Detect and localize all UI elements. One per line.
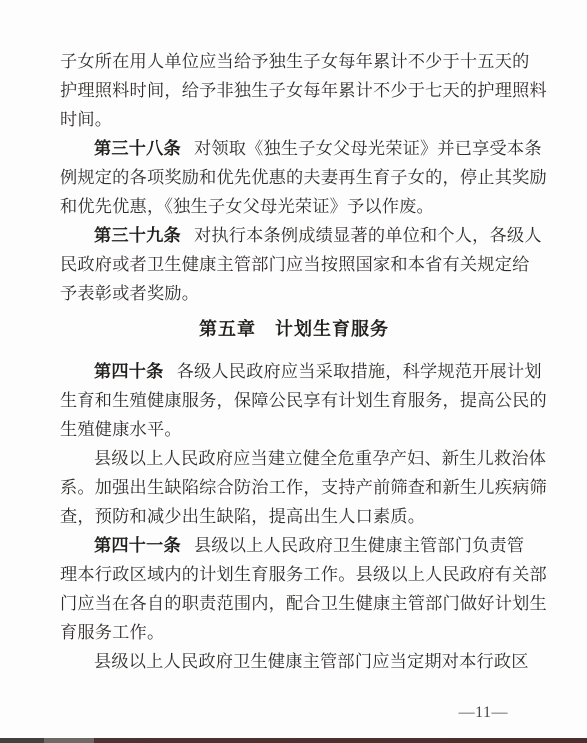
text-line: 系。加强出生缺陷综合防治工作，支持产前筛查和新生儿疾病筛 xyxy=(60,473,528,502)
text-line: 子女所在用人单位应当给予独生子女每年累计不少于十五天的 xyxy=(60,47,528,76)
article-number: 第三十八条 xyxy=(94,138,181,158)
text-line: 第三十九条对执行本条例成绩显著的单位和个人，各级人 xyxy=(60,221,528,250)
article-text: 对领取《独生子女父母光荣证》并已享受本条 xyxy=(194,139,542,158)
text-line: 护理照料时间，给予非独生子女每年累计不少于七天的护理照料 xyxy=(60,76,528,105)
article-number: 第四十条 xyxy=(94,361,164,381)
article-number: 第四十一条 xyxy=(94,535,181,555)
article-text: 县级以上人民政府卫生健康主管部门负责管 xyxy=(194,536,524,555)
text-line: 和优先优惠，《独生子女父母光荣证》予以作废。 xyxy=(60,192,528,221)
text-line: 第四十条各级人民政府应当采取措施，科学规范开展计划 xyxy=(60,357,528,386)
text-line: 第三十八条对领取《独生子女父母光荣证》并已享受本条 xyxy=(60,134,528,163)
text-line: 理本行政区域内的计划生育服务工作。县级以上人民政府有关部 xyxy=(60,560,528,589)
article-text: 对执行本条例成绩显著的单位和个人，各级人 xyxy=(194,226,542,245)
text-line: 时间。 xyxy=(60,105,528,134)
document-page: 子女所在用人单位应当给予独生子女每年累计不少于十五天的护理照料时间，给予非独生子… xyxy=(0,0,587,743)
document-body: 子女所在用人单位应当给予独生子女每年累计不少于十五天的护理照料时间，给予非独生子… xyxy=(60,47,528,676)
text-line: 例规定的各项奖励和优先优惠的夫妻再生育子女的，停止其奖励 xyxy=(60,163,528,192)
text-line: 予表彰或者奖励。 xyxy=(60,279,528,308)
text-line: 查，预防和减少出生缺陷，提高出生人口素质。 xyxy=(60,502,528,531)
article-text: 各级人民政府应当采取措施，科学规范开展计划 xyxy=(177,362,542,381)
text-line: 第四十一条县级以上人民政府卫生健康主管部门负责管 xyxy=(60,531,528,560)
text-line: 育服务工作。 xyxy=(60,618,528,647)
text-line: 生殖健康水平。 xyxy=(60,415,528,444)
text-line: 县级以上人民政府应当建立健全危重孕产妇、新生儿救治体 xyxy=(60,444,528,473)
text-line: 民政府或者卫生健康主管部门应当按照国家和本省有关规定给 xyxy=(60,250,528,279)
chapter-heading: 第五章 计划生育服务 xyxy=(60,315,528,344)
article-number: 第三十九条 xyxy=(94,225,181,245)
page-number: —11— xyxy=(459,703,508,723)
text-line: 县级以上人民政府卫生健康主管部门应当定期对本行政区 xyxy=(60,647,528,676)
scan-edge-strip xyxy=(0,738,587,743)
text-line: 门应当在各自的职责范围内，配合卫生健康主管部门做好计划生 xyxy=(60,589,528,618)
text-line: 生育和生殖健康服务，保障公民享有计划生育服务，提高公民的 xyxy=(60,386,528,415)
